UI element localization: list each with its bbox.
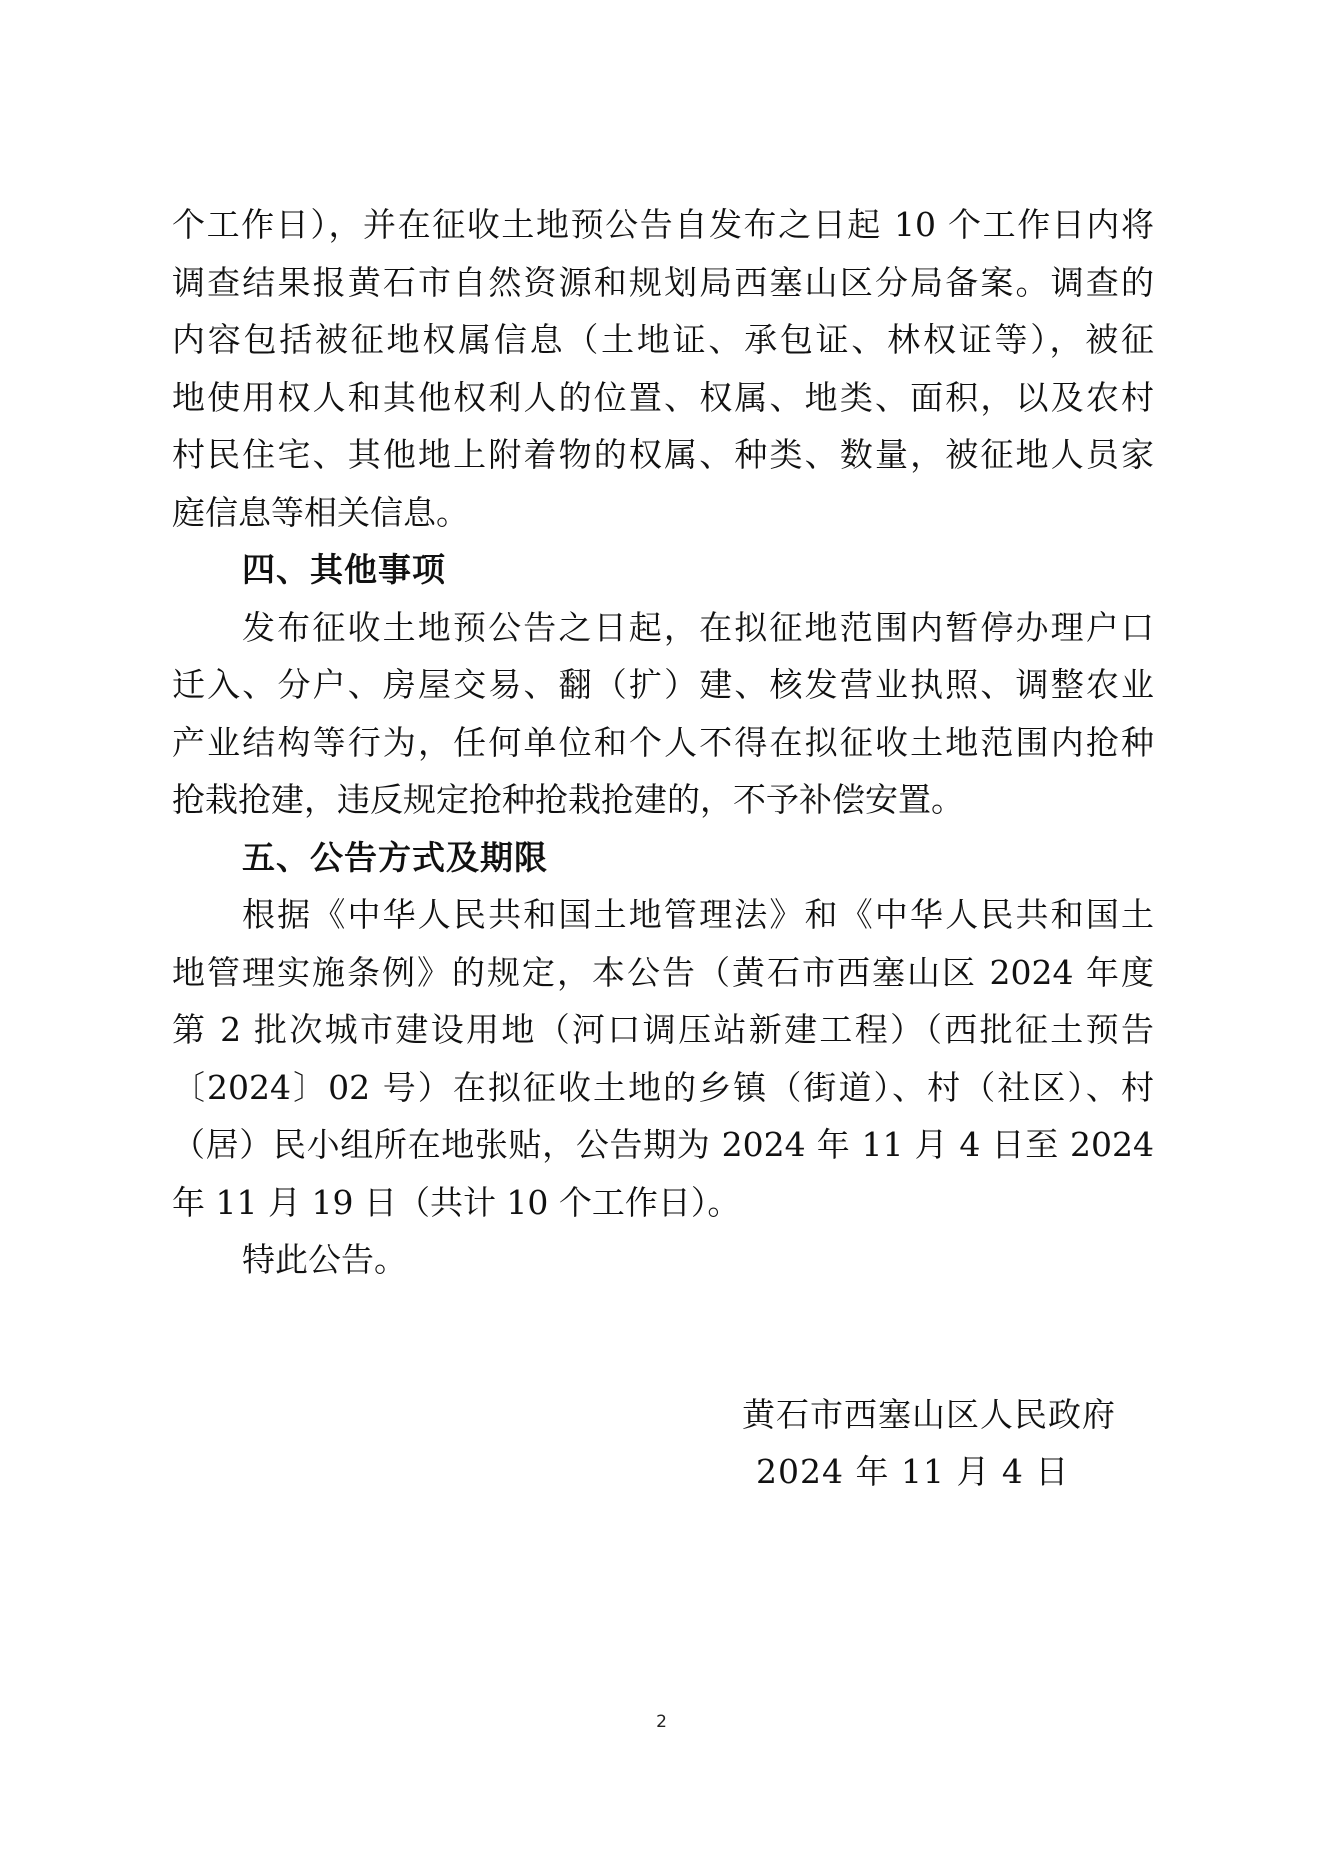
paragraph-line: 发布征收土地预公告之日起，在拟征地范围内暂停办理户口 [172, 599, 1154, 657]
paragraph-line: 内容包括被征地权属信息（土地证、承包证、林权证等），被征 [172, 311, 1154, 369]
paragraph-line: 产业结构等行为，任何单位和个人不得在拟征收土地范围内抢种 [172, 714, 1154, 772]
paragraph-line: 第 2 批次城市建设用地（河口调压站新建工程）（西批征土预告 [172, 1001, 1154, 1059]
section-heading-notice-method: 五、公告方式及期限 [172, 829, 1154, 887]
paragraph-line: （居）民小组所在地张贴，公告期为 2024 年 11 月 4 日至 2024 [172, 1116, 1154, 1174]
document-page: 个工作日），并在征收土地预公告自发布之日起 10 个工作日内将 调查结果报黄石市… [0, 0, 1323, 1871]
section-heading-other-matters: 四、其他事项 [172, 541, 1154, 599]
page-number: 2 [0, 1712, 1323, 1732]
paragraph-line: 抢栽抢建，违反规定抢种抢栽抢建的，不予补偿安置。 [172, 771, 1154, 829]
section-4: 四、其他事项 发布征收土地预公告之日起，在拟征地范围内暂停办理户口 迁入、分户、… [172, 541, 1154, 829]
paragraph-line: 调查结果报黄石市自然资源和规划局西塞山区分局备案。调查的 [172, 254, 1154, 312]
document-body: 个工作日），并在征收土地预公告自发布之日起 10 个工作日内将 调查结果报黄石市… [172, 196, 1154, 1289]
paragraph-line: 地使用权人和其他权利人的位置、权属、地类、面积，以及农村 [172, 369, 1154, 427]
section-5: 五、公告方式及期限 根据《中华人民共和国土地管理法》和《中华人民共和国土 地管理… [172, 829, 1154, 1232]
paragraph-line: 庭信息等相关信息。 [172, 484, 1154, 542]
paragraph-line: 年 11 月 19 日（共计 10 个工作日）。 [172, 1174, 1154, 1232]
paragraph-line: 个工作日），并在征收土地预公告自发布之日起 10 个工作日内将 [172, 196, 1154, 254]
paragraph-line: 迁入、分户、房屋交易、翻（扩）建、核发营业执照、调整农业 [172, 656, 1154, 714]
paragraph-line: 地管理实施条例》的规定，本公告（黄石市西塞山区 2024 年度 [172, 944, 1154, 1002]
paragraph-line: 村民住宅、其他地上附着物的权属、种类、数量，被征地人员家 [172, 426, 1154, 484]
section-3-continuation: 个工作日），并在征收土地预公告自发布之日起 10 个工作日内将 调查结果报黄石市… [172, 196, 1154, 541]
paragraph-line: 根据《中华人民共和国土地管理法》和《中华人民共和国土 [172, 886, 1154, 944]
issuing-authority: 黄石市西塞山区人民政府 [742, 1386, 1162, 1443]
closing-statement: 特此公告。 [172, 1231, 1154, 1289]
paragraph-line: 〔2024〕02 号）在拟征收土地的乡镇（街道）、村（社区）、村 [172, 1059, 1154, 1117]
signature-block: 黄石市西塞山区人民政府 2024 年 11 月 4 日 [742, 1386, 1162, 1500]
issue-date: 2024 年 11 月 4 日 [742, 1443, 1162, 1500]
